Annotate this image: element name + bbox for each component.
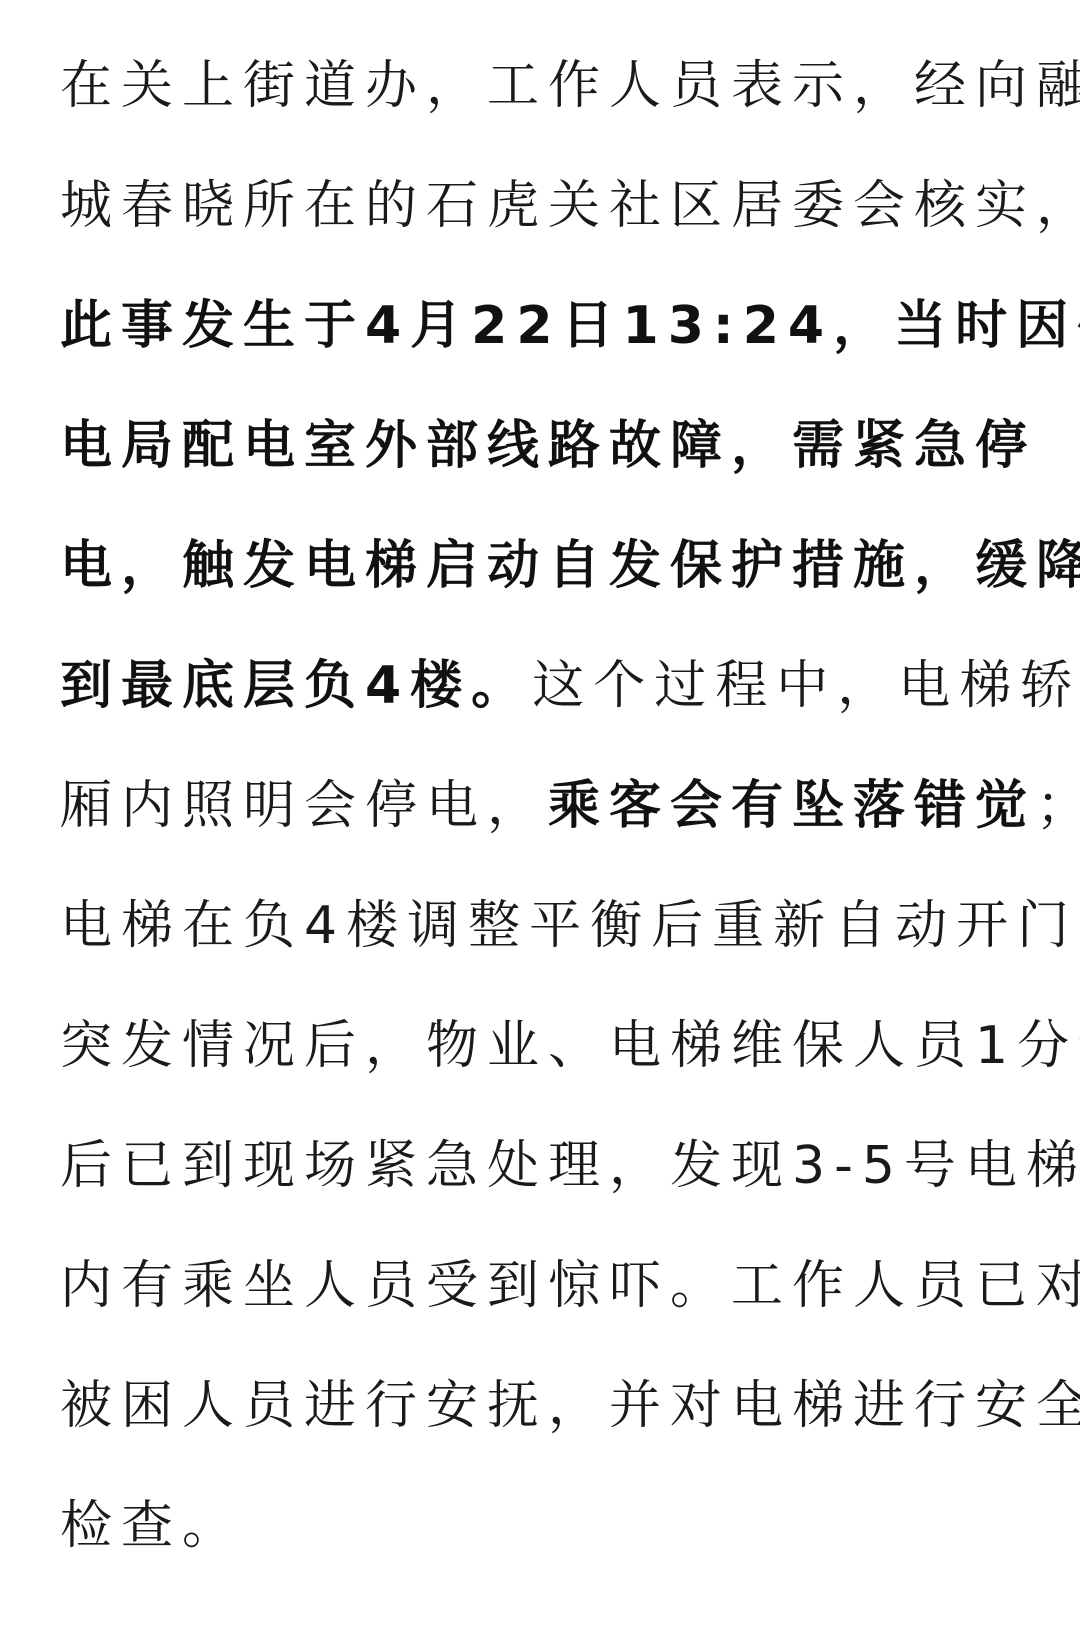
text-segment: 突发情况后，物业、电梯维保人员1分钟 xyxy=(60,1016,1080,1076)
article-body: 在关上街道办，工作人员表示，经向融 城春晓所在的石虎关社区居委会核实， 此事发生… xyxy=(60,44,1020,1604)
bold-text-segment: 电，触发电梯启动自发保护措施，缓降 xyxy=(60,536,1080,596)
text-segment: 城春晓所在的石虎关社区居委会核实， xyxy=(60,176,1080,236)
bold-text-segment: 此事发生于4月22日13:24，当时因供 xyxy=(60,296,1080,356)
text-segment: 电梯在负4楼调整平衡后重新自动开门。 xyxy=(60,896,1080,956)
text-line-6: 到最底层负4楼。这个过程中，电梯轿 xyxy=(60,644,1020,764)
text-line-8: 电梯在负4楼调整平衡后重新自动开门。 xyxy=(60,884,1020,1004)
text-line-11: 内有乘坐人员受到惊吓。工作人员已对 xyxy=(60,1244,1020,1364)
text-line-12: 被困人员进行安抚，并对电梯进行安全 xyxy=(60,1364,1020,1484)
text-segment: 被困人员进行安抚，并对电梯进行安全 xyxy=(60,1376,1080,1436)
text-line-3: 此事发生于4月22日13:24，当时因供 xyxy=(60,284,1020,404)
text-line-10: 后已到现场紧急处理，发现3-5号电梯 xyxy=(60,1124,1020,1244)
text-line-4: 电局配电室外部线路故障，需紧急停 xyxy=(60,404,1020,524)
text-segment: 内有乘坐人员受到惊吓。工作人员已对 xyxy=(60,1256,1080,1316)
text-line-7: 厢内照明会停电，乘客会有坠落错觉； xyxy=(60,764,1020,884)
text-line-1: 在关上街道办，工作人员表示，经向融 xyxy=(60,44,1020,164)
text-segment: 这个过程中，电梯轿 xyxy=(532,656,1080,716)
text-segment: 检查。 xyxy=(60,1496,243,1556)
text-segment: 在关上街道办，工作人员表示，经向融 xyxy=(60,56,1080,116)
bold-text-segment: 到最底层负4楼。 xyxy=(60,656,532,716)
text-segment: ； xyxy=(1036,776,1080,836)
text-line-5: 电，触发电梯启动自发保护措施，缓降 xyxy=(60,524,1020,644)
bold-text-segment: 乘客会有坠落错觉 xyxy=(548,776,1036,836)
text-segment: 后已到现场紧急处理，发现3-5号电梯 xyxy=(60,1136,1080,1196)
text-segment: 厢内照明会停电， xyxy=(60,776,548,836)
bold-text-segment: 电局配电室外部线路故障，需紧急停 xyxy=(60,416,1036,476)
text-line-9: 突发情况后，物业、电梯维保人员1分钟 xyxy=(60,1004,1020,1124)
text-line-13: 检查。 xyxy=(60,1484,1020,1604)
text-line-2: 城春晓所在的石虎关社区居委会核实， xyxy=(60,164,1020,284)
